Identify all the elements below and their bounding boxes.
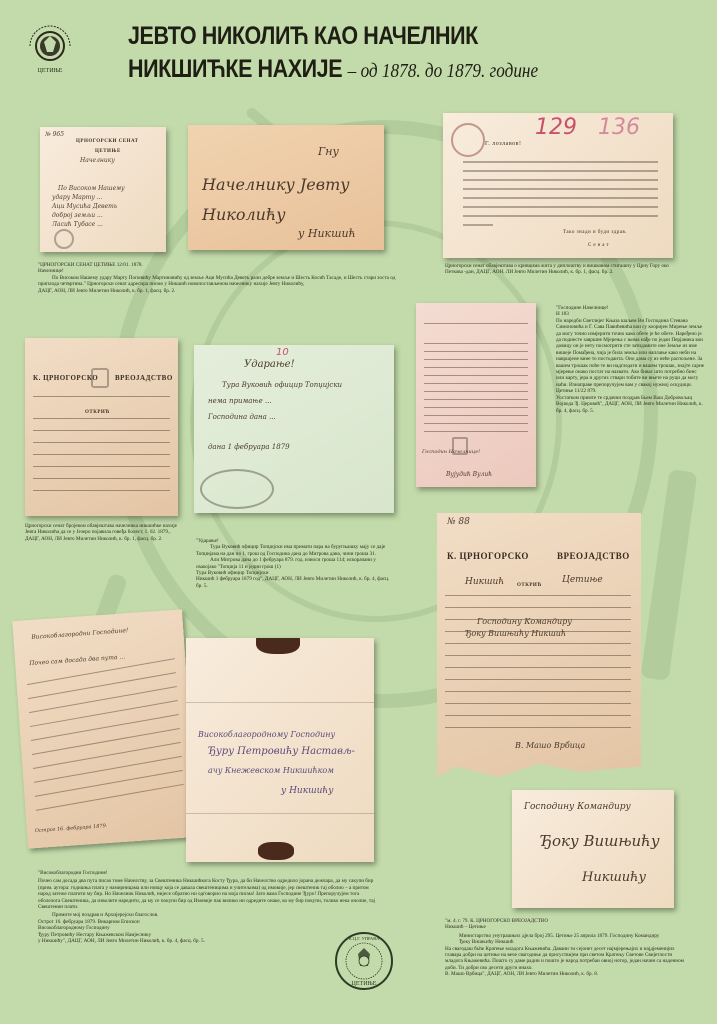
doc-handwriting: у Никшићу: [281, 786, 333, 796]
doc-handwriting: Начелнику: [80, 157, 115, 164]
doc-handwriting: Гну: [318, 145, 339, 158]
doc-handwriting: По Високом Нашему: [58, 185, 125, 192]
doc-handwriting: Цетиње: [562, 575, 603, 585]
caption-report-form: Црногорски сенат бројевом обавјештава на…: [25, 523, 180, 542]
doc-handwriting: Никшић: [465, 577, 504, 587]
doc-handwriting: Ударање!: [244, 359, 295, 370]
caption-bishop-letter: "Високоблагородни Господине! Почео сам д…: [38, 870, 378, 944]
doc-number-mark: 10: [276, 347, 289, 358]
document-topdzija-payment: 10 Ударање! Тура Вуковић официр Топџијск…: [194, 345, 394, 513]
doc-handwriting: Острог 16. фебруара 1879.: [35, 823, 108, 834]
caption-topdzija-payment: "Ударање! Тура Вуковић официр Топџијски …: [196, 538, 396, 589]
doc-handwriting: Високоблагородному Господину: [198, 730, 335, 739]
doc-handwriting: Високоблагородни Господине!: [31, 627, 128, 641]
doc-handwriting: Ђоку Вишњићу: [540, 832, 660, 850]
doc-handwriting: ачу Кнежевском Никшићком: [208, 766, 334, 775]
document-bishop-letter: Високоблагородни Господине! Почео сам до…: [12, 609, 197, 848]
doc-handwriting: доброј земљи ...: [52, 212, 103, 219]
background-stroke: [641, 469, 698, 681]
caption-body: Тура Вуковић официр Топџијски има примат…: [196, 544, 396, 557]
seal-icon: [451, 123, 485, 157]
document-printed-notice: 129 136 Г. лозлавов! Тако знади и буди з…: [443, 113, 673, 258]
doc-closing: Тако знади и буди здрав.: [563, 230, 627, 235]
svg-text:ЦЕТИЊЕ: ЦЕТИЊЕ: [352, 981, 377, 987]
document-report-form: К. ЦРНОГОРСКО ВРЕОЈАДСТВО ОТКРИЋ: [25, 338, 178, 516]
caption-body: На свагодаш бъће Кратење младога Књажеви…: [445, 946, 685, 972]
doc-header: ОТКРИЋ: [85, 410, 110, 415]
caption-source: Војвода Ђ. Церовић", ДАЦГ, АОН, ЛИ Јевто…: [556, 401, 706, 414]
doc-header: ЦЕТИЊЕ: [95, 149, 121, 154]
seal-icon: [54, 229, 74, 249]
doc-handwriting: Господин Начелнице!: [422, 449, 480, 455]
caption-body: По Високом Нашему удару Mарту Поповићу М…: [38, 275, 398, 288]
archive-logo: ЦЕТИЊЕ: [18, 14, 82, 78]
wax-seal-icon: [258, 842, 294, 860]
document-envelope-komandir: Господину Командиру Ђоку Вишњићу Никшићу: [512, 790, 674, 908]
document-survey-letter: Господин Начелнице! Вујудић Вулић: [416, 303, 536, 487]
doc-header: ОТКРИЋ: [517, 583, 542, 588]
title-subtitle: – од 1878. до 1879. године: [348, 60, 538, 82]
caption-heading: "Високоблагородни Господине!: [38, 870, 378, 876]
document-envelope-petrovic: Високоблагородному Господину Ђуру Петров…: [186, 638, 374, 862]
doc-mark: № 965: [45, 131, 64, 138]
caption-vojvodstvo-order: "м. 4. г. 79. К. ЦРНОГОРСКО ВРЕОЈАДСТВО …: [445, 918, 685, 978]
doc-handwriting: Тура Вуковић официр Топџијски: [222, 381, 342, 389]
doc-handwriting: Ђуру Петровићу Настављ-: [208, 746, 355, 757]
caption-body: Црногорски сенат бројевом обавјештава на…: [25, 523, 180, 542]
page-title: ЈЕВТО НИКОЛИЋ КАО НАЧЕЛНИК НИКШИЋКЕ НАХИ…: [128, 20, 610, 88]
doc-handwriting: дана 1 фебруара 1879: [208, 443, 290, 451]
caption-source: у Никшићу", ДАЦГ, АОН, ЛИ Јевто Милетин …: [38, 938, 378, 944]
wax-seal-icon: [256, 638, 300, 654]
doc-handwriting: Господину Командиру: [524, 802, 631, 812]
doc-number-mark: 129: [535, 115, 577, 140]
caption-source: Никшић 1 фебруара 1879 год", ДАЦГ, АОН, …: [196, 576, 396, 589]
doc-handwriting: Никшићу: [582, 870, 646, 885]
document-vojvodstvo-order: № 88 К. ЦРНОГОРСКО ВРЕОЈАДСТВО ОТКРИЋ Ни…: [437, 513, 641, 777]
doc-signature: Сенат: [588, 243, 611, 248]
document-envelope-nachelnik: Гну Начелнику Јевту Николићу у Никшић: [188, 125, 384, 250]
doc-signature: В. Машо Врбица: [515, 741, 585, 750]
doc-header: ЦРНОГОРСКИ СЕНАТ: [76, 139, 139, 144]
doc-handwriting: у Никшић: [298, 227, 356, 240]
doc-mark: № 88: [447, 517, 470, 527]
doc-salutation: Г. лозлавов!: [485, 141, 521, 147]
caption-body: Али Митрова дана до 1 фебруара 879. год.…: [196, 557, 396, 570]
doc-handwriting: нема примање ...: [208, 397, 272, 405]
svg-text:К.Ц.Г. УПРАВА: К.Ц.Г. УПРАВА: [349, 936, 380, 941]
doc-handwriting: Ласић Тубасе ...: [52, 221, 103, 228]
title-line-2: НИКШИЋКЕ НАХИЈЕ – од 1878. до 1879. годи…: [128, 53, 610, 88]
caption-source: ДАЦГ, АОН, ЛИ Јевто Милетин Николић, к. …: [38, 288, 398, 294]
doc-signature: Вујудић Вулић: [446, 471, 492, 478]
caption-subheading: Никшић – Цетиње: [445, 924, 685, 930]
doc-header: К. ЦРНОГОРСКО: [447, 551, 529, 561]
doc-handwriting: Господина дана ...: [208, 413, 276, 421]
doc-handwriting: Аци Мусића Деветь: [52, 203, 117, 210]
finance-office-stamp-icon: ЦЕТИЊЕ К.Ц.Г. УПРАВА: [333, 930, 395, 992]
doc-handwriting: Николићу: [202, 205, 286, 224]
doc-number-mark: 136: [598, 115, 640, 140]
doc-handwriting: удару Марту ...: [52, 194, 102, 201]
caption-body: Почео сам досада два пута писао томе Нач…: [38, 878, 378, 910]
title-line-1: ЈЕВТО НИКОЛИЋ КАО НАЧЕЛНИК: [128, 20, 610, 53]
ink-oval: [200, 469, 274, 509]
doc-handwriting: Почео сам досада два пута ...: [29, 653, 125, 667]
doc-header: К. ЦРНОГОРСКО: [33, 374, 98, 382]
caption-survey-letter: "Господине Начелнице! Н 183 По наредби С…: [556, 305, 706, 414]
doc-handwriting: Начелнику Јевту: [202, 175, 350, 194]
caption-printed-notice: Црногорски сенат обавјештава о кривцима …: [445, 263, 675, 276]
svg-text:ЦЕТИЊЕ: ЦЕТИЊЕ: [38, 68, 63, 74]
document-senate-letter: № 965 ЦРНОГОРСКИ СЕНАТ ЦЕТИЊЕ Начелнику …: [40, 127, 166, 252]
caption-source: В. Машо Врбица", ДАЦГ, АОН, ЛИ Јевто Мил…: [445, 971, 685, 977]
caption-senate-letter: "ЦРНОГОРСКИ СЕНАТ ЦЕТИЊЕ 12/01. 1878. На…: [38, 262, 398, 294]
coat-of-arms-icon: [91, 368, 109, 388]
doc-header: ВРЕОЈАДСТВО: [115, 374, 173, 382]
caption-body: Црногорски сенат обавјештава о кривцима …: [445, 263, 675, 276]
caption-body: По наредби Светлијег Књаза шаљем Ви Госп…: [556, 318, 706, 388]
doc-header: ВРЕОЈАДСТВО: [557, 551, 630, 561]
